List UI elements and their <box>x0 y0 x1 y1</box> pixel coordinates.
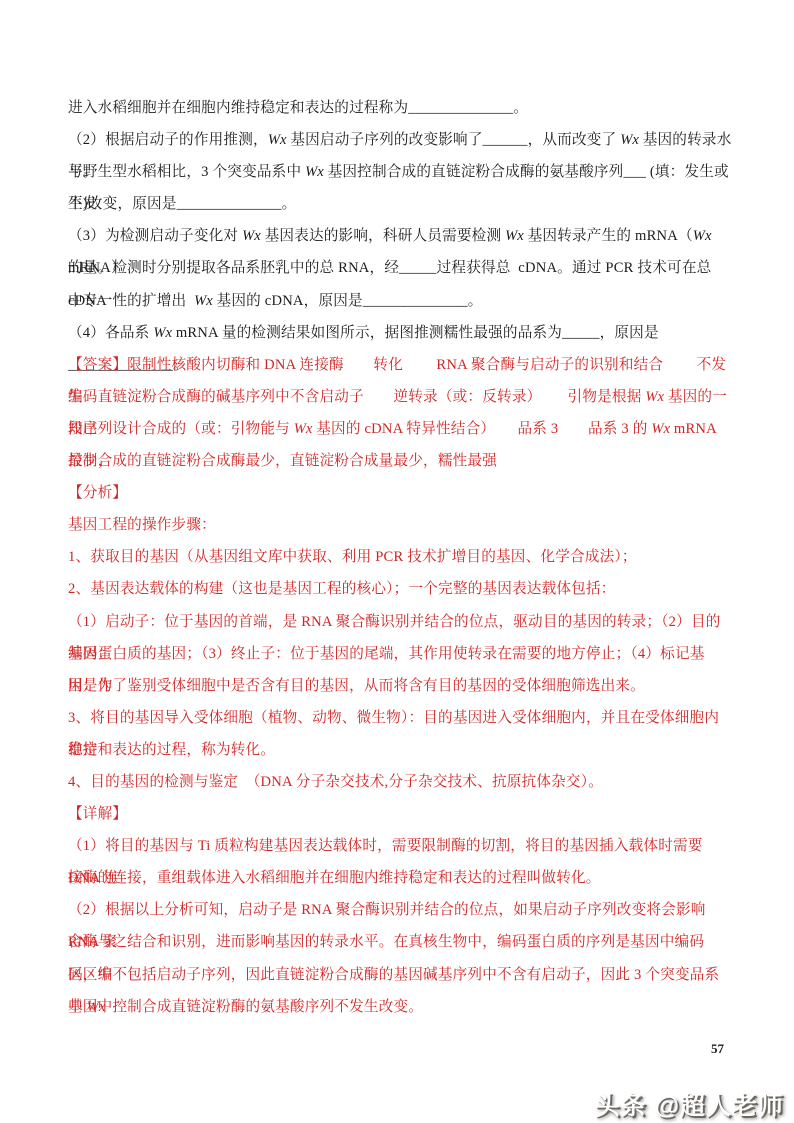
gene-symbol-wx: Wx <box>242 228 261 244</box>
text-line: 2、基因表达载体的构建（这也是基因工程的核心）；一个完整的基因表达载体包括： <box>68 573 732 605</box>
text-line: （2）根据以上分析可知，启动子是 RNA 聚合酶识别并结合的位点，如果启动子序列… <box>68 894 732 926</box>
text-line: 【答案】限制性核酸内切酶和 DNA 连接酶 转化 RNA 聚合酶与启动子的识别和… <box>68 349 732 381</box>
document-body: 进入水稻细胞并在细胞内维持稳定和表达的过程称为______________。（2… <box>68 92 732 1023</box>
gene-symbol-wx: Wx <box>645 389 664 405</box>
text-line: 1、获取目的基因（从基因组文库中获取、利用 PCR 技术扩增目的基因、化学合成法… <box>68 541 732 573</box>
gene-symbol-wx: Wx <box>305 164 324 180</box>
text-line: 基因工程的操作步骤： <box>68 509 732 541</box>
text-line: 进入水稻细胞并在细胞内维持稳定和表达的过程称为______________。 <box>68 92 732 124</box>
text-line: 知序列设计合成的（或：引物能与 Wx 基因的 cDNA 特异性结合） 品系 3 … <box>68 413 732 445</box>
page-number: 57 <box>711 1041 724 1057</box>
text-line: 的量。检测时分别提取各品系胚乳中的总 RNA，经_____过程获得总 cDNA。… <box>68 252 732 284</box>
gene-symbol-wx: Wx <box>153 325 172 341</box>
gene-symbol-wx: Wx <box>505 228 524 244</box>
document-page: 进入水稻细胞并在细胞内维持稳定和表达的过程称为______________。（2… <box>0 0 794 1123</box>
text-line: 与野生型水稻相比，3 个突变品系中 Wx 基因控制合成的直链淀粉合成酶的氨基酸序… <box>68 156 732 188</box>
text-line: （1）将目的基因与 Ti 质粒构建基因表达载体时，需要限制酶的切割，将目的基因插… <box>68 830 732 862</box>
text-line: （3）为检测启动子变化对 Wx 基因表达的影响，科研人员需要检测 Wx 基因转录… <box>68 220 732 252</box>
text-line: 控制合成的直链淀粉合成酶最少，直链淀粉合成量最少，糯性最强 <box>68 445 732 477</box>
text-line: 码区中不包括启动子序列，因此直链淀粉合成酶的基因碱基序列中不含有启动子，因此 3… <box>68 959 732 991</box>
text-line: 稳定和表达的过程，称为转化。 <box>68 734 732 766</box>
text-line: 生)改变，原因是______________。 <box>68 188 732 220</box>
text-line: 编码蛋白质的基因；（3）终止子：位于基因的尾端，其作用使转录在需要的地方停止；（… <box>68 638 732 670</box>
gene-symbol-wx: Wx <box>651 421 670 437</box>
gene-symbol-wx: Wx <box>194 293 213 309</box>
text-line: （1）启动子：位于基因的首端，是 RNA 聚合酶识别并结合的位点，驱动目的基因的… <box>68 606 732 638</box>
text-line: 中专一性的扩增出 Wx 基因的 cDNA，原因是______________。 <box>68 285 732 317</box>
text-line: （4）各品系 Wx mRNA 量的检测结果如图所示，据图推测糯性最强的品系为__… <box>68 317 732 349</box>
text-line: 基因中控制合成直链淀粉酶的氨基酸序列不发生改变。 <box>68 991 732 1023</box>
gene-symbol-wx: Wx <box>693 228 712 244</box>
watermark: 头条 @超人老师 <box>595 1086 784 1122</box>
gene-symbol-wx: Wx <box>620 132 639 148</box>
gene-symbol-wx: Wx <box>294 421 313 437</box>
text-line: 3、将目的基因导入受体细胞（植物、动物、微生物）：目的基因进入受体细胞内，并且在… <box>68 702 732 734</box>
text-line: 【分析】 <box>68 477 732 509</box>
gene-symbol-wx: Wx <box>268 132 287 148</box>
text-line: 编码直链淀粉合成酶的碱基序列中不含启动子 逆转录（或：反转录） 引物是根据 Wx… <box>68 381 732 413</box>
text-line: 用是为了鉴别受体细胞中是否含有目的基因，从而将含有目的基因的受体细胞筛选出来。 <box>68 670 732 702</box>
text-line: 接酶的连接，重组载体进入水稻细胞并在细胞内维持稳定和表达的过程叫做转化。 <box>68 862 732 894</box>
text-line: 合酶与之结合和识别，进而影响基因的转录水平。在真核生物中，编码蛋白质的序列是基因… <box>68 926 732 958</box>
text-line: 【详解】 <box>68 798 732 830</box>
text-line: （2）根据启动子的作用推测，Wx 基因启动子序列的改变影响了______，从而改… <box>68 124 732 156</box>
text-line: 4、目的基因的检测与鉴定 （DNA 分子杂交技术,分子杂交技术、抗原抗体杂交）。 <box>68 766 732 798</box>
